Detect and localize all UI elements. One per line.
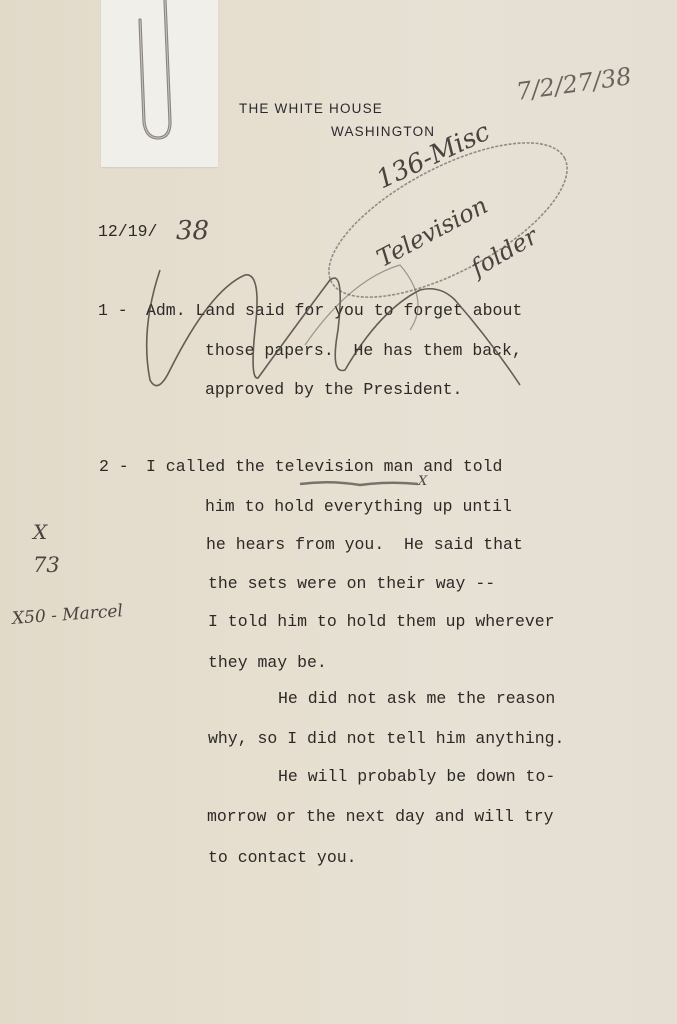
- memo-date-typed: 12/19/: [98, 222, 157, 241]
- paragraph4-line: morrow or the next day and will try: [207, 807, 554, 826]
- letterhead-title: THE WHITE HOUSE: [239, 101, 383, 116]
- margin-note: X50 - Marcel: [11, 601, 123, 629]
- paragraph3-line: He did not ask me the reason: [278, 689, 555, 708]
- file-stamp-line3: folder: [466, 222, 542, 282]
- item2-line: him to hold everything up until: [205, 497, 512, 516]
- margin-x-mark: X: [33, 520, 47, 544]
- margin-number: 73: [33, 553, 60, 577]
- memo-page: THE WHITE HOUSE WASHINGTON 7/2/27/38 136…: [0, 0, 677, 1024]
- paperclip-icon: [135, 0, 185, 145]
- item2-line: they may be.: [208, 653, 327, 672]
- item2-line: the sets were on their way --: [208, 574, 495, 593]
- underline-x-mark: X: [418, 474, 427, 489]
- paragraph3-line: why, so I did not tell him anything.: [208, 729, 564, 748]
- item2-line: he hears from you. He said that: [206, 535, 523, 554]
- item2-number: 2 -: [99, 457, 129, 476]
- item1-number: 1 -: [98, 301, 128, 320]
- item2-line: I told him to hold them up wherever: [208, 612, 555, 631]
- item1-line: approved by the President.: [205, 380, 462, 399]
- filing-date-annotation: 7/2/27/38: [515, 62, 634, 106]
- paragraph4-line: He will probably be down to-: [278, 767, 555, 786]
- item1-line: Adm. Land said for you to forget about: [146, 301, 522, 320]
- memo-date-handwritten: 38: [176, 216, 209, 246]
- item2-line: I called the television man and told: [146, 457, 502, 476]
- item1-line: those papers. He has them back,: [205, 341, 522, 360]
- letterhead-location: WASHINGTON: [331, 124, 435, 139]
- paragraph4-line: to contact you.: [208, 848, 357, 867]
